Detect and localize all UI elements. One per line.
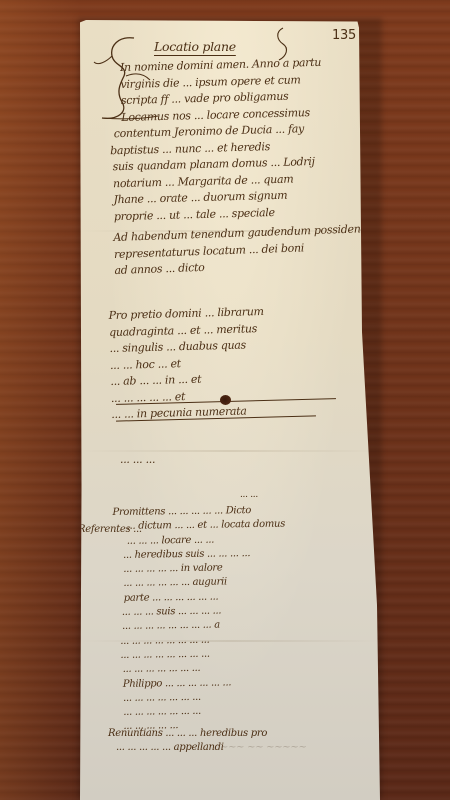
superscript-note: ... ... <box>240 490 258 500</box>
text-line: ... ... ... <box>120 452 155 469</box>
short-entry: ... ... ... <box>120 452 155 469</box>
paper-hole <box>220 395 231 405</box>
folio-number: 135 <box>332 28 356 43</box>
bleed-through-text: ~~~ ~~ ~~~~~ <box>220 742 307 753</box>
third-entry: Pro pretio domini ... librarum quadragin… <box>108 304 266 424</box>
text-line: Renuntians ... ... ... heredibus pro <box>108 727 267 741</box>
document-heading: Locatio plane <box>154 39 236 54</box>
lower-entry: Promittens ... ... ... ... ... Dicto ...… <box>112 504 287 735</box>
wood-surface <box>0 0 80 800</box>
main-entry: In nomine domini amen. Anno a partu virg… <box>120 55 325 225</box>
text-line: ... dictum ... ... et ... locata domus <box>127 518 285 535</box>
second-entry: Ad habendum tenendum gaudendum possidend… <box>113 221 385 280</box>
manuscript-page: 135 Locatio plane In nomine domini amen.… <box>80 20 380 800</box>
